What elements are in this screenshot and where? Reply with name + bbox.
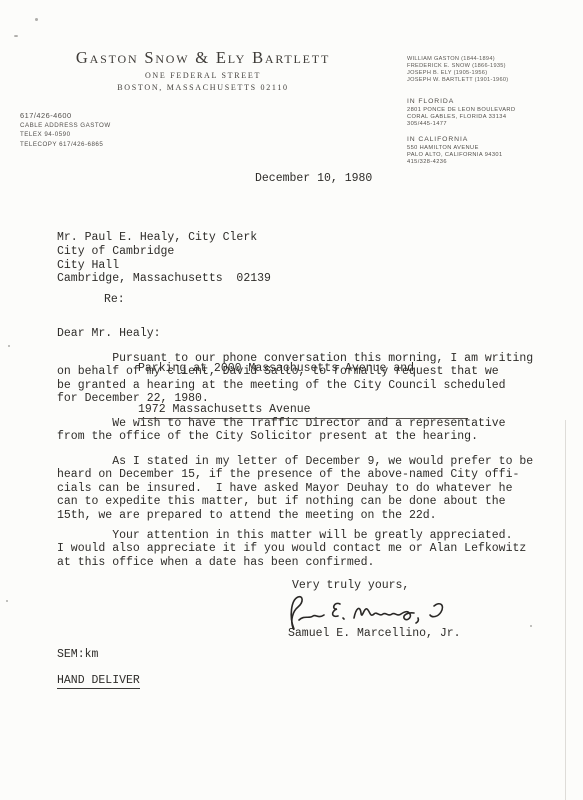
florida-heading: IN FLORIDA — [407, 98, 515, 105]
telex-number: TELEX 94-0590 — [20, 130, 111, 140]
phone-number: 617/426-4600 — [20, 111, 111, 121]
re-label: Re: — [104, 293, 125, 307]
florida-address-line: 2801 PONCE DE LEON BOULEVARD — [407, 107, 515, 114]
recipient-address: Mr. Paul E. Healy, City Clerk City of Ca… — [57, 231, 271, 286]
letterhead: Gaston Snow & Ely Bartlett ONE FEDERAL S… — [58, 48, 348, 92]
salutation: Dear Mr. Healy: — [57, 327, 161, 340]
partner-name: JOSEPH B. ELY (1905-1956) — [407, 70, 508, 77]
florida-address-line: CORAL GABLES, FLORIDA 33134 — [407, 114, 515, 121]
california-phone: 415/328-4236 — [407, 159, 503, 166]
firm-street: ONE FEDERAL STREET — [58, 71, 348, 80]
body-paragraph-4: Your attention in this matter will be gr… — [57, 529, 526, 569]
body-paragraph-2: We wish to have the Traffic Director and… — [57, 417, 506, 444]
letter-page: Gaston Snow & Ely Bartlett ONE FEDERAL S… — [0, 0, 583, 800]
letter-date: December 10, 1980 — [255, 172, 372, 185]
contact-block: 617/426-4600 CABLE ADDRESS GASTOW TELEX … — [20, 111, 111, 150]
closing-phrase: Very truly yours, — [292, 579, 409, 592]
florida-office: IN FLORIDA 2801 PONCE DE LEON BOULEVARD … — [407, 98, 515, 129]
scan-speck — [35, 18, 38, 21]
reference-initials: SEM:km — [57, 648, 98, 661]
scan-speck — [14, 35, 18, 37]
florida-phone: 305/445-1477 — [407, 121, 515, 128]
cable-address: CABLE ADDRESS GASTOW — [20, 121, 111, 131]
california-address-line: PALO ALTO, CALIFORNIA 94301 — [407, 152, 503, 159]
body-paragraph-3: As I stated in my letter of December 9, … — [57, 455, 533, 522]
signer-typed-name: Samuel E. Marcellino, Jr. — [288, 627, 461, 640]
scan-speck — [530, 625, 532, 627]
telecopy-number: TELECOPY 617/426-6865 — [20, 140, 111, 150]
firm-name: Gaston Snow & Ely Bartlett — [58, 48, 348, 68]
firm-city: BOSTON, MASSACHUSETTS 02110 — [58, 83, 348, 92]
scan-speck — [8, 345, 10, 347]
body-paragraph-1: Pursuant to our phone conversation this … — [57, 352, 533, 406]
california-address-line: 550 HAMILTON AVENUE — [407, 145, 503, 152]
page-edge-shadow — [565, 420, 566, 800]
partner-name: WILLIAM GASTON (1844-1894) — [407, 56, 508, 63]
california-heading: IN CALIFORNIA — [407, 136, 503, 143]
partner-names: WILLIAM GASTON (1844-1894) FREDERICK E. … — [407, 56, 508, 84]
california-office: IN CALIFORNIA 550 HAMILTON AVENUE PALO A… — [407, 136, 503, 167]
partner-name: FREDERICK E. SNOW (1866-1935) — [407, 63, 508, 70]
delivery-note: HAND DELIVER — [57, 674, 140, 689]
scan-speck — [6, 600, 8, 602]
partner-name: JOSEPH W. BARTLETT (1901-1960) — [407, 77, 508, 84]
